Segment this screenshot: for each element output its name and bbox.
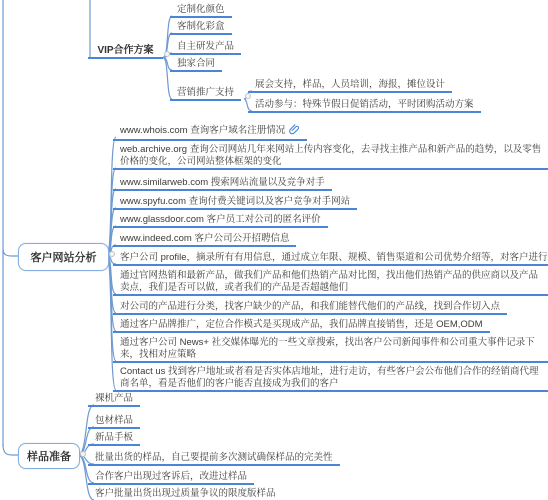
branch-website-analysis[interactable]: 客户网站分析 — [18, 243, 109, 271]
node-contact-us-visit[interactable]: Contact us 找到客户地址或者看是否实体店地址，进行走访，有些客户会公布… — [113, 366, 548, 392]
node-label: www.whois.com 查询客户域名注册情况 — [120, 125, 285, 136]
node-label: 展会支持，样品，人员培训，海报，摊位设计 — [255, 79, 445, 90]
node-label: 活动参与：特殊节假日促销活动，平时团购活动方案 — [255, 99, 474, 110]
collapse-handle-icon[interactable] — [80, 451, 86, 457]
node-glassdoor[interactable]: www.glassdoor.com 客户员工对公司的匿名评价 — [113, 213, 328, 228]
node-hot-products-compare[interactable]: 通过官网热销和最新产品，做我们产品和他们热销产品对比图，找出他们热销产品的供应商… — [113, 270, 548, 296]
node-activity-participation[interactable]: 活动参与：特殊节假日促销活动，平时团购活动方案 — [248, 98, 481, 113]
node-label: 客户公司 profile，摘录所有有用信息，通过成立年限、规模、销售渠道和公司优… — [120, 252, 548, 263]
node-label: 营销推广支持 — [177, 87, 234, 98]
node-custom-color[interactable]: 定制化颜色 — [170, 3, 232, 18]
node-label: www.similarweb.com 搜索网站流量以及竞争对手 — [120, 177, 325, 188]
node-webarchive[interactable]: web.archive.org 查询公司网站几年来网站上传内容变化，去寻找主推产… — [113, 144, 548, 170]
node-label: 客制化彩盒 — [177, 21, 225, 32]
node-spyfu[interactable]: www.spyfu.com 查询付费关键词以及客户竞争对手网站 — [113, 195, 357, 210]
branch-sample-preparation-label: 样品准备 — [27, 448, 71, 464]
node-news-social-media[interactable]: 通过客户公司 News+ 社交媒体曝光的一些文章搜索，找出客户公司新闻事件和公司… — [113, 337, 548, 363]
node-product-classification[interactable]: 对公司的产品进行分类，找客户缺少的产品，和我们能替代他们的产品线，找到合作切入点 — [113, 300, 507, 315]
node-indeed[interactable]: www.indeed.com 客户公司公开招聘信息 — [113, 232, 296, 247]
node-label: 批量出货的样品，自己要提前多次测试确保样品的完美性 — [95, 452, 333, 463]
node-label: 客户批量出货出现过质量争议的限度版样品 — [95, 488, 276, 499]
node-label: 独家合同 — [177, 58, 215, 69]
node-label: 通过官网热销和最新产品，做我们产品和他们热销产品对比图，找出他们热销产品的供应商… — [120, 270, 538, 293]
node-label: 包材样品 — [95, 415, 133, 426]
node-label: 裸机产品 — [95, 393, 133, 404]
node-bare-machine-product[interactable]: 裸机产品 — [88, 392, 140, 407]
node-label: web.archive.org 查询公司网站几年来网站上传内容变化，去寻找主推产… — [120, 144, 541, 167]
node-packaging-sample[interactable]: 包材样品 — [88, 414, 140, 429]
node-label: 自主研发产品 — [177, 41, 234, 52]
branch-vip[interactable]: VIP合作方案 — [88, 45, 163, 59]
node-exhibition-support[interactable]: 展会支持，样品，人员培训，海报，摊位设计 — [248, 78, 452, 93]
branch-website-analysis-label: 客户网站分析 — [31, 249, 97, 265]
node-label: www.spyfu.com 查询付费关键词以及客户竞争对手网站 — [120, 196, 350, 207]
node-improved-sample-after-complaint[interactable]: 合作客户出现过客诉后，改进过样品 — [88, 470, 254, 485]
node-label: 定制化颜色 — [177, 4, 225, 15]
node-label: 新品手板 — [95, 432, 133, 443]
node-label: www.indeed.com 客户公司公开招聘信息 — [120, 233, 289, 244]
node-marketing-support[interactable]: 营销推广支持 — [170, 86, 241, 101]
node-exclusive-contract[interactable]: 独家合同 — [170, 57, 222, 72]
node-label: 通过客户公司 News+ 社交媒体曝光的一些文章搜索，找出客户公司新闻事件和公司… — [120, 337, 535, 360]
node-label: 对公司的产品进行分类，找客户缺少的产品，和我们能替代他们的产品线，找到合作切入点 — [120, 301, 500, 312]
node-label: 通过客户品牌推广，定位合作模式是买现成产品，我们品牌直接销售，还是 OEM,OD… — [120, 319, 483, 330]
branch-sample-preparation[interactable]: 样品准备 — [18, 443, 80, 469]
branch-vip-label: VIP合作方案 — [97, 45, 153, 56]
node-label: Contact us 找到客户地址或者看是否实体店地址，进行走访，有些客户会公布… — [120, 366, 539, 389]
node-custom-box[interactable]: 客制化彩盒 — [170, 20, 232, 35]
mindmap-canvas: VIP合作方案 定制化颜色 客制化彩盒 自主研发产品 独家合同 营销推广支持 展… — [0, 0, 548, 500]
link-icon[interactable] — [289, 124, 300, 139]
node-quality-dispute-sample[interactable]: 客户批量出货出现过质量争议的限度版样品 — [88, 487, 283, 500]
node-new-product-prototype[interactable]: 新品手板 — [88, 431, 140, 446]
node-whois[interactable]: www.whois.com 查询客户域名注册情况 — [113, 124, 307, 141]
node-bulk-shipment-sample[interactable]: 批量出货的样品，自己要提前多次测试确保样品的完美性 — [88, 451, 340, 466]
node-label: www.glassdoor.com 客户员工对公司的匿名评价 — [120, 214, 321, 225]
node-label: 合作客户出现过客诉后，改进过样品 — [95, 471, 247, 482]
node-similarweb[interactable]: www.similarweb.com 搜索网站流量以及竞争对手 — [113, 176, 332, 191]
node-company-profile[interactable]: 客户公司 profile，摘录所有有用信息，通过成立年限、规模、销售渠道和公司优… — [113, 251, 548, 266]
node-brand-cooperation-mode[interactable]: 通过客户品牌推广，定位合作模式是买现成产品，我们品牌直接销售，还是 OEM,OD… — [113, 318, 490, 333]
node-own-rd-product[interactable]: 自主研发产品 — [170, 40, 241, 55]
